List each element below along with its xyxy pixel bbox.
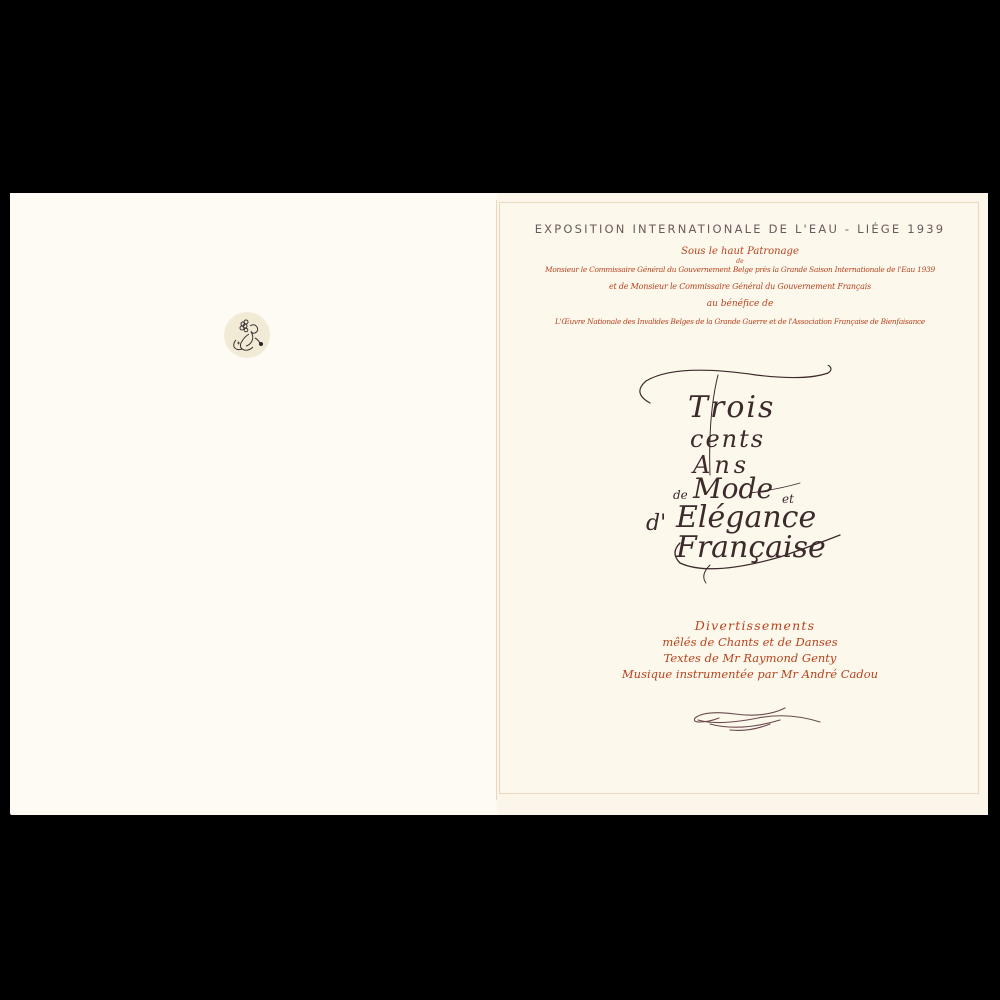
calligraphic-flourish-icon xyxy=(690,700,830,744)
left-page xyxy=(10,193,496,811)
benefice-label: au bénéfice de xyxy=(500,299,980,309)
patronage-line-belgian-commissioner: Monsieur le Commissaire Général du Gouve… xyxy=(500,265,980,274)
main-title: Trois cents Ans de Mode et d' Elégance F… xyxy=(600,365,860,590)
patronage-heading: Sous le haut Patronage xyxy=(500,246,980,257)
title-cents: cents xyxy=(690,427,765,451)
credit-musique: Musique instrumentée par Mr André Cadou xyxy=(600,666,900,682)
title-mode: Mode xyxy=(693,475,773,503)
exposition-header: EXPOSITION INTERNATIONALE DE L'EAU - LIÉ… xyxy=(500,222,980,236)
credit-divertissements: Divertissements xyxy=(600,618,900,634)
credit-textes: Textes de Mr Raymond Genty xyxy=(600,650,900,666)
patronage-de: de xyxy=(500,258,980,265)
title-trois: Trois xyxy=(688,393,775,423)
title-francaise: Française xyxy=(676,533,826,563)
cherub-vignette-icon xyxy=(224,312,270,358)
patronage-line-french-commissioner: et de Monsieur le Commissaire Général du… xyxy=(500,282,980,291)
credit-chants-danses: mêlés de Chants et de Danses xyxy=(600,634,900,650)
title-elegance: Elégance xyxy=(676,503,816,533)
credits-block: Divertissements mêlés de Chants et de Da… xyxy=(600,618,900,682)
beneficiary-line: L'Œuvre Nationale des Invalides Belges d… xyxy=(500,317,980,326)
title-d: d' xyxy=(646,513,666,535)
